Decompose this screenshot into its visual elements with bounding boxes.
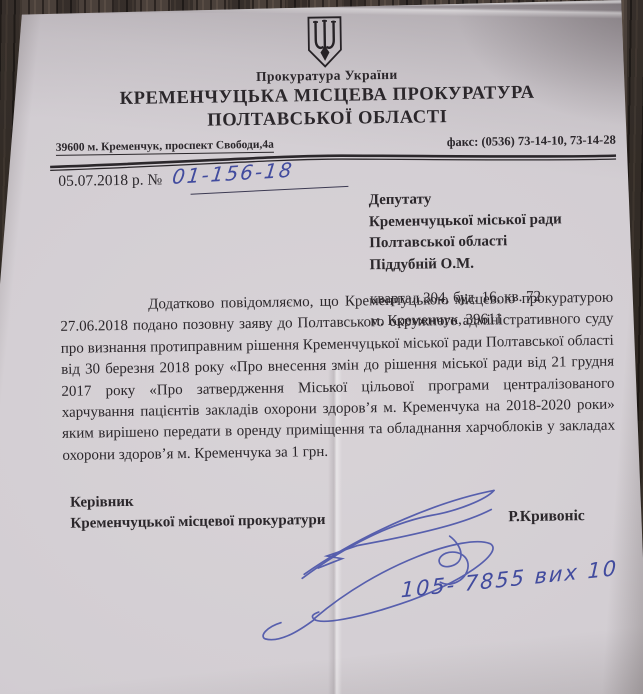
reference-line: 05.07.2018 р. №01-156-18 — [58, 163, 294, 190]
letter-content: Прокуратура України КРЕМЕНЧУЦЬКА МІСЦЕВА… — [0, 0, 643, 694]
letter-paper: Прокуратура України КРЕМЕНЧУЦЬКА МІСЦЕВА… — [0, 0, 643, 694]
body-paragraph: Додатково повідомляємо, що Кременчуцькою… — [60, 288, 615, 467]
trident-emblem-icon — [304, 16, 346, 69]
recipient-line: Полтавської області — [369, 230, 562, 254]
signer-position-line1: Керівник — [70, 494, 134, 512]
letter-photo: Прокуратура України КРЕМЕНЧУЦЬКА МІСЦЕВА… — [0, 0, 643, 694]
recipient-line: Кременчуцької міської ради — [369, 209, 562, 233]
office-fax: факс: (0536) 73-14-10, 73-14-28 — [447, 133, 616, 151]
recipient-line: Депутату — [369, 187, 562, 211]
date-number-label: 05.07.2018 р. № — [58, 171, 162, 190]
recipient-line: Піддубній О.М. — [369, 252, 562, 276]
signature-ink-icon — [243, 469, 536, 658]
